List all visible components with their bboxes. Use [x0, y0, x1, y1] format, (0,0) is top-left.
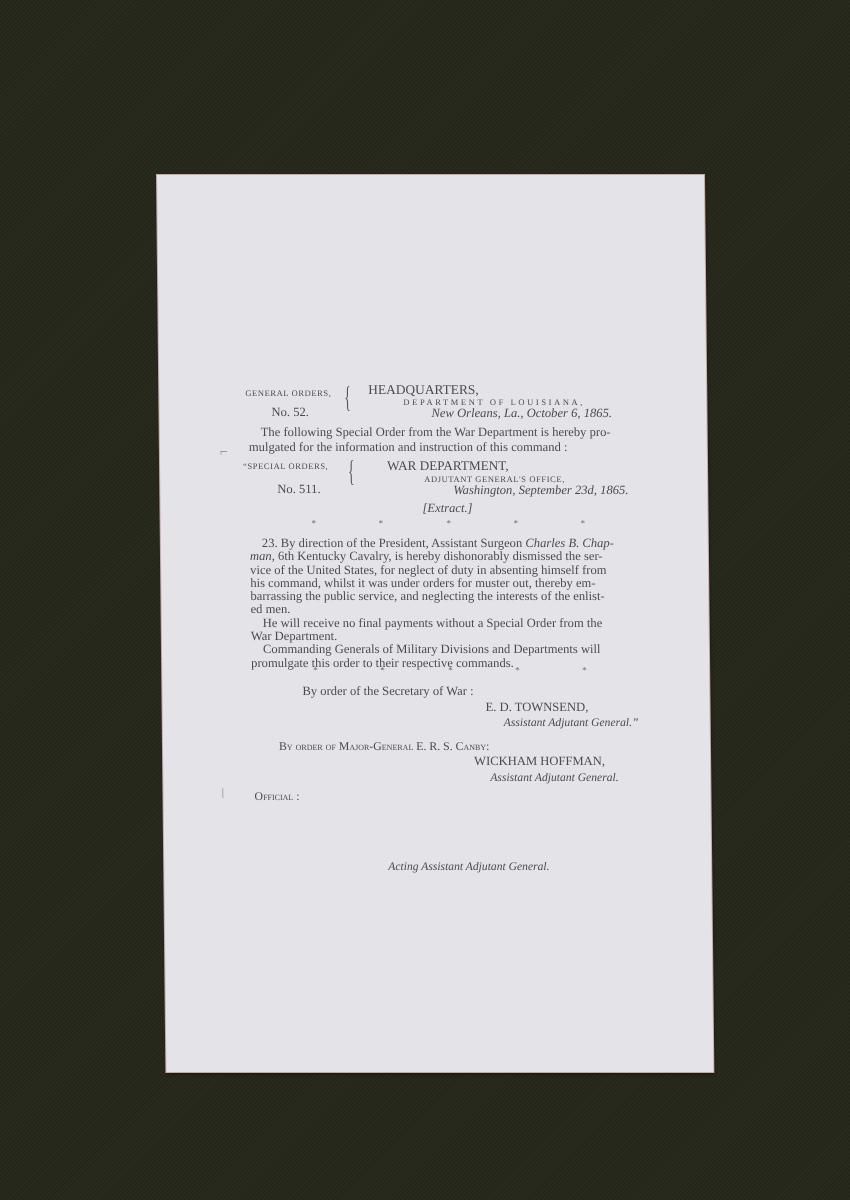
extract-label: [Extract.] — [422, 501, 472, 515]
paragraph-23: 23. By direction of the President, Assis… — [250, 537, 649, 670]
separator-star: * — [380, 665, 385, 675]
intro-line-2: mulgated for the information and instruc… — [249, 440, 568, 454]
war-department-title: WAR DEPARTMENT, — [387, 459, 509, 473]
separator-star: * — [447, 518, 452, 528]
margin-mark: ⌐ — [220, 445, 228, 461]
by-order-canby: By order of Major-General E. R. S. Canby… — [279, 739, 490, 753]
para-line: War Department. — [251, 630, 649, 643]
para-line: vice of the United States, for neglect o… — [250, 564, 648, 577]
acting-title: Acting Assistant Adjutant General. — [388, 860, 549, 874]
para-line: man, 6th Kentucky Cavalry, is hereby dis… — [250, 550, 648, 563]
separator-star: * — [515, 665, 520, 675]
townsend-name: E. D. TOWNSEND, — [485, 700, 588, 714]
hoffman-name: WICKHAM HOFFMAN, — [474, 754, 605, 768]
headquarters-title: HEADQUARTERS, — [368, 383, 479, 397]
separator-star: * — [312, 518, 317, 528]
special-orders-label: “Special Orders, — [243, 461, 328, 471]
para-line: Commanding Generals of Military Division… — [251, 643, 649, 656]
para-line: He will receive no final payments withou… — [251, 617, 649, 630]
general-orders-number: No. 52. — [271, 405, 309, 419]
official-label: Official : — [254, 789, 299, 803]
brace: { — [344, 383, 351, 413]
separator-star: * — [448, 665, 453, 675]
margin-mark: ǀ — [221, 787, 224, 803]
place-date: New Orleans, La., October 6, 1865. — [431, 406, 612, 420]
para-line: ed men. — [250, 603, 648, 616]
separator-star: * — [514, 518, 519, 528]
general-orders-label: General Orders, — [245, 388, 331, 398]
by-order-secretary: By order of the Secretary of War : — [302, 684, 473, 698]
hoffman-title: Assistant Adjutant General. — [490, 771, 618, 785]
para-line: barrassing the public service, and negle… — [250, 590, 648, 603]
special-orders-number: No. 511. — [277, 482, 320, 496]
brace: { — [348, 457, 355, 487]
separator-star: * — [582, 665, 587, 675]
separator-star: * — [313, 665, 318, 675]
intro-line-1: The following Special Order from the War… — [261, 425, 611, 439]
townsend-title: Assistant Adjutant General.” — [504, 716, 639, 730]
separator-star: * — [581, 518, 586, 528]
document-page: General Orders, No. 52. { HEADQUARTERS, … — [157, 175, 713, 1072]
para-line: 23. By direction of the President, Assis… — [250, 537, 648, 550]
para-line: his command, whilst it was under orders … — [250, 577, 648, 590]
special-place-date: Washington, September 23d, 1865. — [453, 483, 628, 497]
separator-star: * — [379, 518, 384, 528]
